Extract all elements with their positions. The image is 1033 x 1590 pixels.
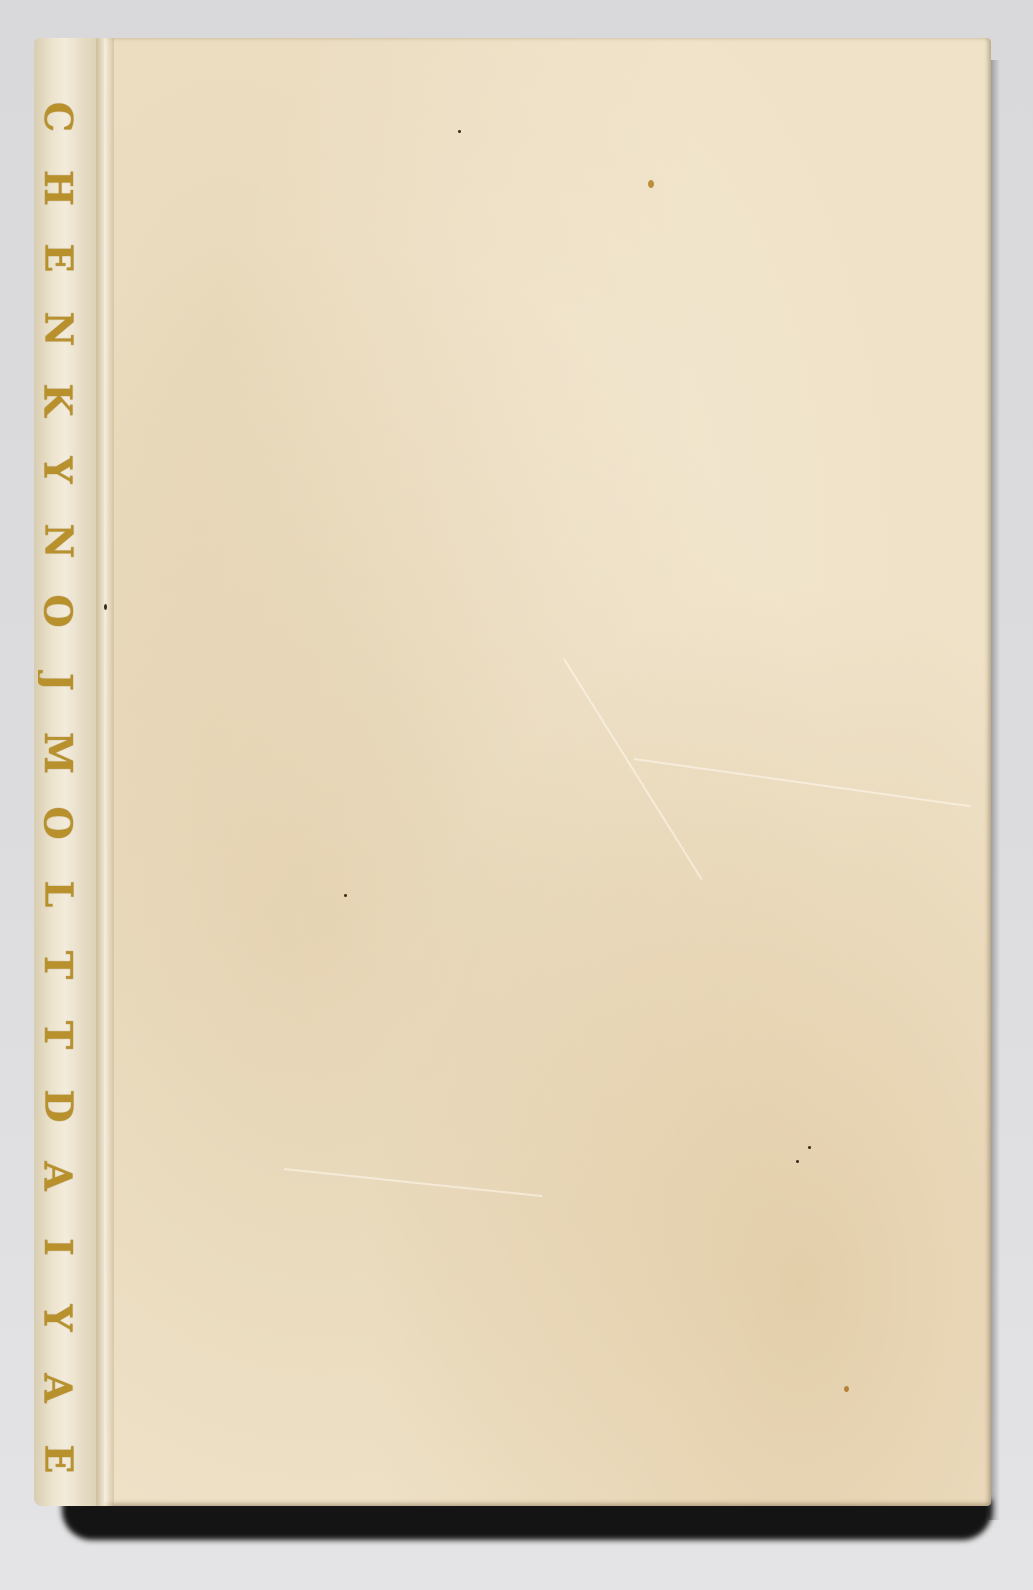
spine-letter: A bbox=[39, 1374, 77, 1403]
foxing-spot bbox=[844, 1386, 849, 1392]
spine-title: C H E N K Y N O J M O L T T D A I Y A E bbox=[38, 98, 78, 1478]
book: C H E N K Y N O J M O L T T D A I Y A E bbox=[34, 38, 991, 1506]
spine-letter: M bbox=[39, 732, 77, 774]
spine-letter: O bbox=[39, 807, 77, 840]
spine-letter: J bbox=[39, 673, 77, 691]
spine-letter: E bbox=[39, 1444, 77, 1473]
book-bottom-shadow bbox=[62, 1500, 992, 1540]
spine-letter: H bbox=[39, 170, 77, 206]
foxing-spot bbox=[344, 894, 347, 897]
spine-letter: Y bbox=[39, 457, 77, 484]
spine-letter: K bbox=[39, 383, 77, 416]
spine-letter: E bbox=[39, 244, 77, 273]
crease bbox=[563, 658, 702, 880]
spine-hinge bbox=[96, 38, 114, 1506]
foxing-spot bbox=[808, 1146, 811, 1149]
spine-letter: L bbox=[39, 881, 77, 908]
spine-letter: T bbox=[39, 1021, 77, 1049]
foxing-spot bbox=[458, 130, 461, 133]
foxing-spot bbox=[796, 1160, 799, 1163]
spine-letter: C bbox=[39, 102, 77, 132]
spine-letter: A bbox=[39, 1162, 77, 1191]
book-spine: C H E N K Y N O J M O L T T D A I Y A E bbox=[34, 38, 104, 1506]
foxing-spot bbox=[648, 180, 654, 188]
spine-letter: Y bbox=[39, 1304, 77, 1331]
spine-letter: O bbox=[39, 595, 77, 628]
spine-letter: I bbox=[39, 1238, 77, 1256]
crease bbox=[284, 1168, 543, 1197]
crease bbox=[634, 758, 971, 807]
spine-letter: D bbox=[39, 1089, 77, 1122]
spine-letter: N bbox=[39, 523, 77, 558]
spine-letter: N bbox=[39, 312, 77, 347]
spine-letter: T bbox=[39, 950, 77, 978]
foxing-spot bbox=[104, 604, 107, 610]
